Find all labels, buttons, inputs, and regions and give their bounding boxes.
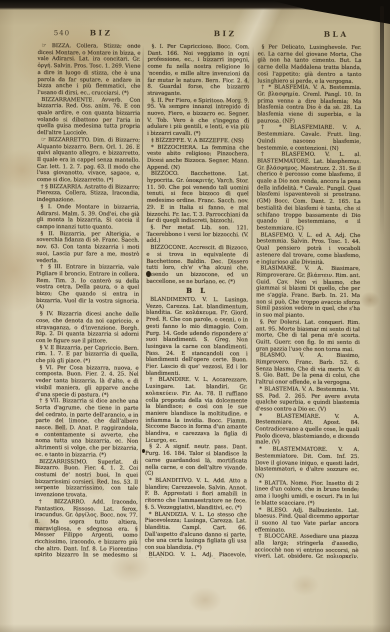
dictionary-entry: §. Per Dolersi. Lat. conqueri. Rim. ant.… xyxy=(256,319,360,353)
dictionary-entry: † § VII. Bizzarria si dice anche una Sor… xyxy=(35,398,138,459)
dictionary-entry: BIZZARRAMENTE. Avverb. Con bizzarria. Re… xyxy=(37,97,140,138)
dictionary-entry: * BLASTEMIARE. V. A. Bestemmiare. Att. A… xyxy=(255,413,359,447)
column-rule-right xyxy=(250,46,254,556)
dictionary-entry: § V. E Bizzarria, per Capriccio. Bern. r… xyxy=(36,345,139,366)
running-head-col3: BLA xyxy=(324,30,349,39)
dictionary-entry: † BLANDIRE. V. L. Accarezzare, Lusingare… xyxy=(145,377,247,445)
text-column-3: § Per Delicato, Lusinghevole. Fer. ec. L… xyxy=(255,44,362,559)
dictionary-entry: † § III. Entrare in bizzarria, vale Pigl… xyxy=(36,264,139,312)
dictionary-entry: * BLANDIZIA. V. L. Lo stesso che Piacevo… xyxy=(145,511,247,552)
running-head-col1: BIZ xyxy=(90,28,113,37)
dictionary-entry: * BLASTEMMATORE. V. A. Bestemmiatore. Di… xyxy=(255,447,359,481)
dictionary-entry: * BLASTEMIA. V. A. Bestemmia. Vit. SS. P… xyxy=(255,386,359,413)
dictionary-entry: ‡ BIZZEFFE. V. A BIZZEFFE. (NS) xyxy=(147,138,249,145)
dictionary-entry: † BIZZARRO. Add. Iracondo, Fantastico, R… xyxy=(35,499,138,558)
dictionary-entry: BIZZARRISSIMO. Superlat. di Bizzarro. Bu… xyxy=(35,459,138,500)
dictionary-entry: BLASIMARE. V. A. Biasimare, Rimproverare… xyxy=(256,266,360,320)
dictionary-entry: † BLASFEMO. V. L. al. BIASTEMMATORE. Lat… xyxy=(257,152,361,233)
text-column-1: ☞ BIZZA. Collera, Stizza; onde dicesi Mo… xyxy=(35,43,141,558)
dictionary-entry: * BIZZOCHERA. La femmina che veste abito… xyxy=(147,144,249,171)
dictionary-entry: § 2. A signif. neutr. pass. Dant. Purg. … xyxy=(145,444,247,478)
section-heading: B L xyxy=(146,288,248,295)
bottom-edge-shadow xyxy=(0,624,390,632)
dictionary-entry: † § BIZZARRIA. Astratto di Bizzarro; Fie… xyxy=(37,184,140,205)
ink-blot xyxy=(146,271,151,277)
dictionary-entry: ☞ BIZZARRETTO. Dim. di Bizzarro; Alquant… xyxy=(37,137,140,185)
dictionary-entry: BIZZOCO. Bacchettone. Lat. hypocrita. Gr… xyxy=(147,171,249,225)
page-number: 540 xyxy=(54,29,70,37)
dictionary-entry: BIZZOCONE. Accrescit. di Bizzoco, e si t… xyxy=(146,245,248,286)
dictionary-entry: † BLOCCARE. Assediare una piazza alla la… xyxy=(255,534,359,559)
dictionary-entry: BLANDIMENTO. V. L. Lusinga, Vezzo, Carez… xyxy=(146,297,248,378)
dictionary-entry: § I. Onde Montare in bizzarria, Adirarsi… xyxy=(37,204,140,231)
dictionary-entry: * BLANDITIVO. V. L. Add. Atto a blandire… xyxy=(145,478,247,512)
dictionary-entry: ☞ BIZZA. Collera, Stizza; onde dicesi Mo… xyxy=(37,43,140,97)
dictionary-entry: † * BLASFEMIA. V. A. Bestemmia. Gr. βλασ… xyxy=(257,85,361,126)
dictionary-entry: § II. Bizzarria, per Alterigia, e soverc… xyxy=(36,231,139,265)
running-head-col2: BIZ xyxy=(214,29,237,38)
dictionary-entry: † * BLASFEMIARE. V. A. Bestemmiare. Cava… xyxy=(257,125,361,152)
dictionary-entry: § VI. Per Cosa bizzarra, nuova, e compos… xyxy=(35,365,138,399)
dictionary-entry: * BLATTA. Nome. Fior. Insetto di 2 linee… xyxy=(255,480,359,507)
scanned-book-page: 540 BIZ BIZ BLA ☞ BIZZA. Collera, Stizza… xyxy=(0,0,390,632)
dictionary-entry: BLASMO. V. A. Biasimo, Rimprovero. Franc… xyxy=(256,353,360,387)
dictionary-entry: §. II. Per Fiero, e Spiritoso. Morg. 9. … xyxy=(147,97,249,138)
dictionary-entry: BLANDO. V. L. Adj. Piacevole, Affabile, … xyxy=(145,551,247,558)
dictionary-entry: §. Per metaf. Lib. son. 121. Tacerebbono… xyxy=(146,225,248,246)
page-content: 540 BIZ BIZ BLA ☞ BIZZA. Collera, Stizza… xyxy=(0,0,390,632)
dictionary-entry: BLASFEMO. V. L. ed A. Adj. Che bestemmia… xyxy=(256,232,360,266)
dictionary-entry: §. I. Per Capriccioso. Bocc. Com. Dant. … xyxy=(147,44,249,98)
ink-blot xyxy=(142,449,145,453)
dictionary-entry: § Per Delicato, Lusinghevole. Fer. ec. L… xyxy=(257,44,361,85)
dictionary-entry: * BLESO. Adj. Balbuziente. Lat. blaesus.… xyxy=(255,507,359,534)
text-column-2: §. I. Per Capriccioso. Bocc. Com. Dant. … xyxy=(145,44,250,559)
dictionary-entry: § IV. Bizzarria dicesi anche delle cose,… xyxy=(36,311,139,345)
